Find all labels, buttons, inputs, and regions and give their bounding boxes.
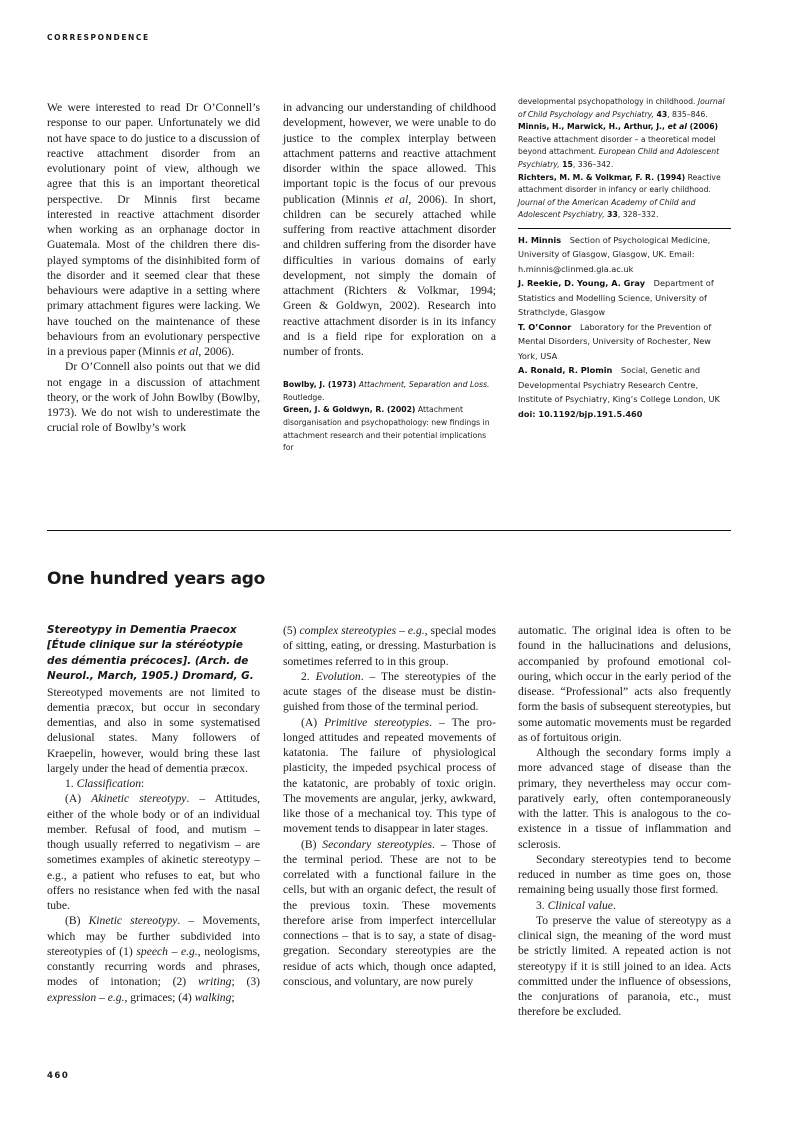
history-paragraph: Stereotyped movements are not limited to…: [47, 685, 260, 777]
affiliation-ronald-plomin: A. Ronald, R. Plomin Social, Genetic and…: [518, 363, 731, 407]
history-column-2: (5) complex stereotypies – e.g., special…: [283, 623, 496, 989]
history-paragraph: (A) Primitive stereotypies. – The pro­lo…: [283, 715, 496, 837]
running-head: CORRESPONDENCE: [47, 33, 150, 42]
history-subheading: 1. Classification:: [47, 776, 260, 791]
reference-bowlby: Bowlby, J. (1973) Attachment, Separation…: [283, 379, 496, 404]
doi-link[interactable]: doi: 10.1192/bjp.191.5.460: [518, 407, 731, 421]
affiliation-reekie-young-gray: J. Reekie, D. Young, A. Gray Department …: [518, 276, 731, 320]
history-paragraph: (B) Kinetic stereotypy. – Movements, whi…: [47, 913, 260, 1005]
reference-green-goldwyn-continued: developmental psychopathology in childho…: [518, 96, 731, 121]
history-paragraph: Although the secondary forms imply a mor…: [518, 745, 731, 852]
history-paragraph: (B) Secondary stereotypies. – Those of t…: [283, 837, 496, 990]
correspondence-paragraph: We were interested to read Dr O’Connell’…: [47, 100, 260, 359]
history-paragraph: (A) Akinetic stereotypy. – Attitudes, ei…: [47, 791, 260, 913]
page-number: 460: [47, 1071, 69, 1081]
correspondence-paragraph: in advancing our understanding of child­…: [283, 100, 496, 359]
correspondence-column-3: developmental psychopathology in childho…: [518, 96, 731, 421]
correspondence-paragraph: Dr O’Connell also points out that we did…: [47, 359, 260, 435]
history-paragraph: 2. Evolution. – The stereotypies of the …: [283, 669, 496, 715]
correspondence-column-1: We were interested to read Dr O’Connell’…: [47, 100, 260, 436]
reference-minnis: Minnis, H., Marwick, H., Arthur, J., et …: [518, 121, 731, 171]
history-paragraph: (5) complex stereotypies – e.g., special…: [283, 623, 496, 669]
article-heading: Stereotypy in Dementia Praecox [Étude cl…: [47, 623, 260, 685]
history-column-3: automatic. The original idea is often to…: [518, 623, 731, 1020]
history-subheading: 3. Clinical value.: [518, 898, 731, 913]
history-paragraph: automatic. The original idea is often to…: [518, 623, 731, 745]
section-title: One hundred years ago: [47, 569, 265, 589]
reference-green-goldwyn: Green, J. & Goldwyn, R. (2002) Attachmen…: [283, 404, 496, 454]
section-divider: [47, 530, 731, 531]
history-paragraph: To preserve the value of stereotypy as a…: [518, 913, 731, 1020]
affiliation-minnis: H. Minnis Section of Psychological Medic…: [518, 233, 731, 277]
history-paragraph: Secondary stereotypies tend to become re…: [518, 852, 731, 898]
affiliation-oconnor: T. O’Connor Laboratory for the Preventio…: [518, 320, 731, 364]
correspondence-column-2: in advancing our understanding of child­…: [283, 100, 496, 455]
reference-richters-volkmar: Richters, M. M. & Volkmar, F. R. (1994) …: [518, 172, 731, 222]
affiliation-rule: [518, 228, 731, 229]
history-column-1: Stereotypy in Dementia Praecox [Étude cl…: [47, 623, 260, 1005]
